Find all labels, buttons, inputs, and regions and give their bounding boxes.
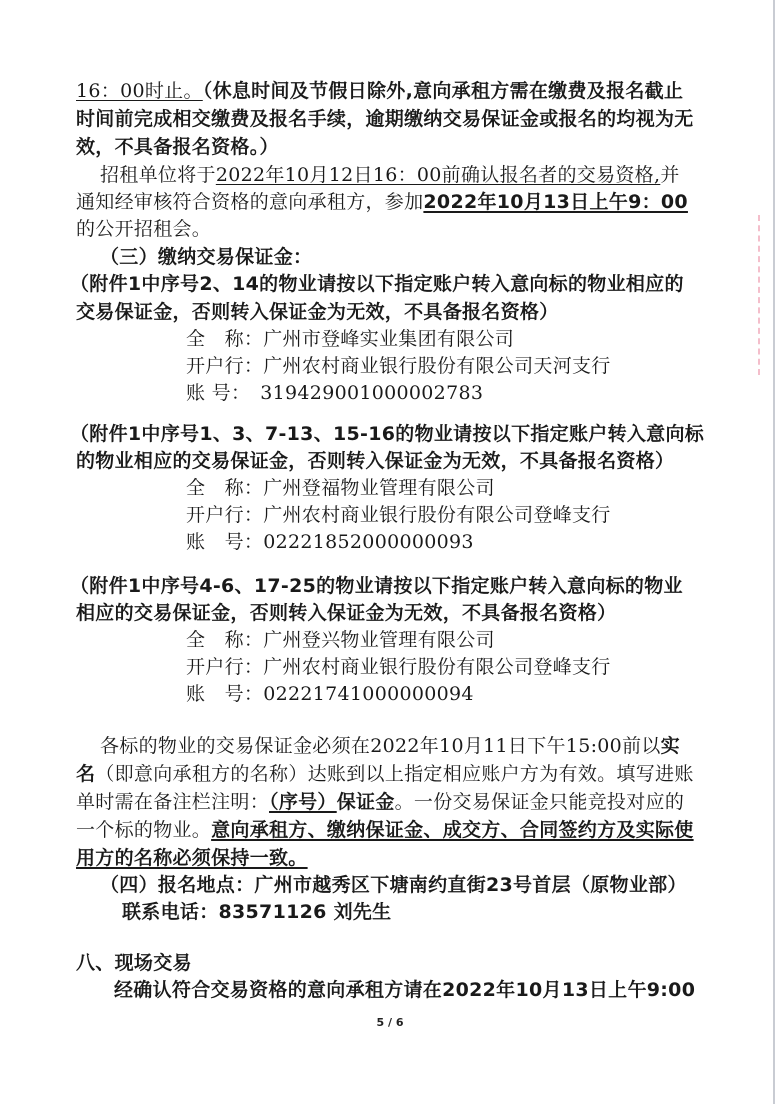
real-name-bold-2: 名 — [76, 763, 95, 785]
deposit-line4-prefix: 一个标的物业。 — [76, 819, 211, 841]
section3-heading: （三）缴纳交易保证金： — [100, 244, 312, 270]
section4-heading: （四）报名地点：广州市越秀区下塘南约直街23号首层（原物业部） — [100, 872, 687, 898]
group2-note-line-2: 的物业相应的交易保证金，否则转入保证金为无效，不具备报名资格） — [76, 448, 674, 474]
group1-note-line-2: 交易保证金，否则转入保证金为无效，不具备报名资格） — [76, 299, 559, 325]
group2-account-number: 账 号：02221852000000093 — [186, 529, 474, 555]
account-label: 账 号： — [186, 683, 263, 705]
account-value: 02221852000000093 — [263, 531, 474, 553]
confirm-line-2: 通知经审核符合资格的意向承租方，参加2022年10月13日上午9：00 — [76, 189, 688, 215]
confirm-date-underlined: 2022年10月12日16：00前确认报名者的交易资格, — [216, 164, 661, 186]
group2-account-name: 全 称：广州登福物业管理有限公司 — [186, 475, 495, 501]
page-edge-line — [773, 0, 775, 1104]
remark-serial-underlined: （序号） — [269, 791, 337, 813]
real-name-bold-1: 实 — [661, 735, 680, 757]
confirm-prefix: 招租单位将于 — [100, 164, 216, 186]
deadline-line-2: 时间前完成相交缴费及报名手续，逾期缴纳交易保证金或报名的均视为无 — [76, 106, 694, 132]
deadline-time-underlined: 16：00时止。 — [76, 80, 203, 102]
name-label: 全 称： — [186, 328, 263, 350]
bank-label: 开户行： — [186, 656, 263, 678]
deposit-line2-rest: （即意向承租方的名称）达账到以上指定相应账户方为有效。填写进账 — [95, 763, 693, 785]
group2-bank: 开户行：广州农村商业银行股份有限公司登峰支行 — [186, 502, 611, 528]
group3-note-line-1: （附件1中序号4-6、17-25的物业请按以下指定账户转入意向标的物业 — [70, 573, 683, 599]
deposit-prefix: 各标的物业的交易保证金必须在2022年10月11日下午15:00前以 — [100, 735, 661, 757]
confirm-line-1: 招租单位将于2022年10月12日16：00前确认报名者的交易资格,并 — [100, 162, 680, 188]
bank-value: 广州农村商业银行股份有限公司登峰支行 — [263, 504, 610, 526]
deposit-line-4: 一个标的物业。意向承租方、缴纳保证金、成交方、合同签约方及实际使 — [76, 817, 694, 843]
deadline-line-1: 16：00时止。（休息时间及节假日除外,意向承租方需在缴费及报名截止 — [76, 78, 683, 104]
group3-account-number: 账 号：02221741000000094 — [186, 681, 474, 707]
name-value: 广州市登峰实业集团有限公司 — [263, 328, 514, 350]
deposit-line-3: 单时需在备注栏注明：（序号）保证金。一份交易保证金只能竞投对应的 — [76, 789, 684, 815]
name-label: 全 称： — [186, 629, 263, 651]
group3-account-name: 全 称：广州登兴物业管理有限公司 — [186, 627, 495, 653]
group1-account-name: 全 称：广州市登峰实业集团有限公司 — [186, 326, 514, 352]
name-value: 广州登兴物业管理有限公司 — [263, 629, 495, 651]
deposit-line-2: 名（即意向承租方的名称）达账到以上指定相应账户方为有效。填写进账 — [76, 761, 694, 787]
group1-note-line-1: （附件1中序号2、14的物业请按以下指定账户转入意向标的物业相应的 — [70, 271, 684, 297]
group1-bank: 开户行：广州农村商业银行股份有限公司天河支行 — [186, 353, 611, 379]
account-label: 账 号： — [186, 382, 250, 404]
consistency-notice-2: 用方的名称必须保持一致。 — [76, 847, 308, 869]
account-label: 账 号： — [186, 531, 263, 553]
account-value: 319429001000002783 — [260, 382, 483, 404]
confirm-suffix: 并 — [660, 164, 679, 186]
account-value: 02221741000000094 — [263, 683, 474, 705]
deposit-line-5: 用方的名称必须保持一致。 — [76, 845, 308, 871]
deadline-bold-text: （休息时间及节假日除外,意向承租方需在缴费及报名截止 — [203, 80, 684, 102]
bank-label: 开户行： — [186, 355, 263, 377]
bank-value: 广州农村商业银行股份有限公司登峰支行 — [263, 656, 610, 678]
section8-line-1: 经确认符合交易资格的意向承租方请在2022年10月13日上午9:00 — [114, 977, 695, 1003]
consistency-notice-1: 意向承租方、缴纳保证金、成交方、合同签约方及实际使 — [211, 819, 694, 841]
deposit-line-1: 各标的物业的交易保证金必须在2022年10月11日下午15:00前以实 — [100, 733, 680, 759]
document-page: 16：00时止。（休息时间及节假日除外,意向承租方需在缴费及报名截止 时间前完成… — [0, 0, 780, 1104]
group2-note-line-1: （附件1中序号1、3、7-13、15-16的物业请按以下指定账户转入意向标 — [70, 421, 704, 447]
name-label: 全 称： — [186, 477, 263, 499]
section4-contact: 联系电话：83571126 刘先生 — [122, 899, 391, 925]
bank-value: 广州农村商业银行股份有限公司天河支行 — [263, 355, 610, 377]
meeting-datetime: 2022年10月13日上午9：00 — [423, 191, 688, 213]
remark-deposit-bold: 保证金 — [337, 791, 395, 813]
deadline-line-3: 效，不具备报名资格。） — [76, 134, 279, 160]
remark-rest: 。一份交易保证金只能竞投对应的 — [395, 791, 685, 813]
name-value: 广州登福物业管理有限公司 — [263, 477, 495, 499]
section8-heading: 八、现场交易 — [76, 950, 192, 976]
remark-prefix: 单时需在备注栏注明： — [76, 791, 269, 813]
page-number: 5 / 6 — [0, 1016, 780, 1029]
confirm-line2-prefix: 通知经审核符合资格的意向承租方，参加 — [76, 191, 423, 213]
group3-bank: 开户行：广州农村商业银行股份有限公司登峰支行 — [186, 654, 611, 680]
seal-stamp-edge — [758, 215, 774, 375]
group1-account-number: 账 号：319429001000002783 — [186, 380, 483, 406]
bank-label: 开户行： — [186, 504, 263, 526]
group3-note-line-2: 相应的交易保证金，否则转入保证金为无效，不具备报名资格） — [76, 600, 616, 626]
confirm-line-3: 的公开招租会。 — [76, 216, 211, 242]
